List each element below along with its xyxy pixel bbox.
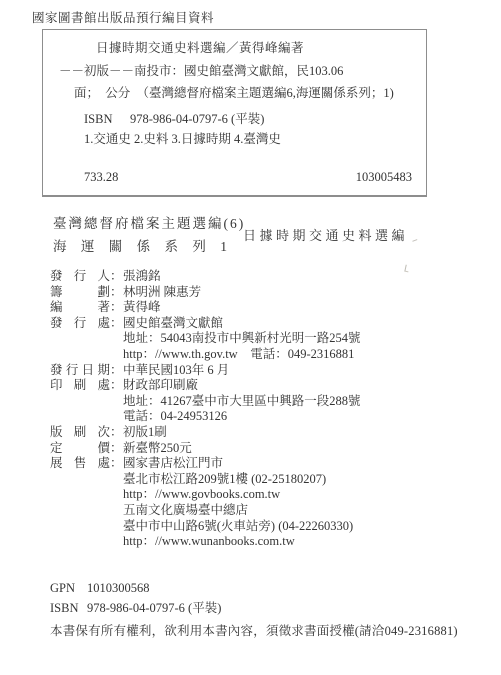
- gpn-label: GPN: [50, 578, 87, 598]
- colophon-label: 版刷次: [50, 425, 110, 441]
- footer-block: GPN1010300568 ISBN978-986-04-0797-6 (平裝)…: [50, 578, 501, 641]
- gpn-value: 1010300568: [87, 581, 150, 595]
- isbn-value: 978-986-04-0797-6 (平裝): [87, 601, 221, 615]
- series-title-block: 臺灣總督府檔案主題選編(6) 海運關係系列1 日據時期交通史料選編: [53, 213, 501, 259]
- retail-address-1: 臺北市松江路209號1樓 (02-25180207): [123, 472, 501, 488]
- colophon-label: 展售處: [50, 456, 110, 472]
- cip-edition-line: －－初版－－南投市：國史館臺灣文獻館，民103.06: [59, 63, 426, 79]
- publisher-address: 地址：54043南投市中興新村光明一路254號: [123, 331, 501, 347]
- colophon-label: 印刷處: [50, 378, 110, 394]
- gpn-line: GPN1010300568: [50, 578, 501, 598]
- rights-statement: 本書保有所有權利，欲利用本書內容，須徵求書面授權(請洽049-2316881): [50, 621, 501, 641]
- colophon-page: 國家圖書館出版品預行編目資料 日據時期交通史料選編／黃得峰編著 －－初版－－南投…: [0, 0, 501, 675]
- colophon-value: 國史館臺灣文獻館: [123, 316, 223, 332]
- isbn-line: ISBN978-986-04-0797-6 (平裝): [50, 598, 501, 618]
- colophon-label: 編著: [50, 300, 110, 316]
- colophon-row-price: 定價：新臺幣250元: [50, 441, 501, 457]
- publisher-url-phone: http：//www.th.gov.tw 電話：049-2316881: [123, 347, 501, 363]
- series-subseries: 海運關係系列1: [53, 235, 227, 259]
- colophon-row-author: 編著：黃得峰: [50, 300, 501, 316]
- colophon-value: 張鴻銘: [123, 269, 161, 285]
- colophon-row-retail: 展售處：國家書店松江門市: [50, 456, 501, 472]
- colophon-row-edition: 版刷次：初版1刷: [50, 425, 501, 441]
- colophon-value: 初版1刷: [123, 425, 167, 441]
- retail-address-2: 臺中市中山路6號(火車站旁) (04-22260330): [123, 519, 501, 535]
- colophon-value: 黃得峰: [123, 300, 161, 316]
- colon: ：: [110, 378, 123, 394]
- printer-phone: 電話：04-24953126: [123, 409, 501, 425]
- colophon-list: 發行人：張鴻銘 籌劃：林明洲 陳惠芳 編著：黃得峰 發行處：國史館臺灣文獻館 地…: [50, 269, 501, 550]
- isbn-label: ISBN: [50, 598, 87, 618]
- colophon-value: 國家書店松江門市: [123, 456, 223, 472]
- colophon-value: 新臺幣250元: [123, 441, 192, 457]
- cip-record-number: 103005483: [356, 169, 412, 185]
- cip-title-line: 日據時期交通史料選編／黃得峰編著: [96, 40, 426, 56]
- colophon-value: 財政部印刷廠: [123, 378, 198, 394]
- printer-address: 地址：41267臺中市大里區中興路一段288號: [123, 394, 501, 410]
- retail-url-1: http：//www.govbooks.com.tw: [123, 487, 501, 503]
- colophon-label: 發行日期: [50, 363, 110, 379]
- colophon-row-planners: 籌劃：林明洲 陳惠芳: [50, 285, 501, 301]
- colophon-label: 定價: [50, 441, 110, 457]
- book-title: 日據時期交通史料選編: [243, 225, 408, 244]
- retail-url-2: http：//www.wunanbooks.com.tw: [123, 534, 501, 550]
- colon: ：: [110, 456, 123, 472]
- cip-header: 國家圖書館出版品預行編目資料: [32, 8, 501, 26]
- colophon-row-printer: 印刷處：財政部印刷廠: [50, 378, 501, 394]
- colophon-value: 林明洲 陳惠芳: [123, 285, 201, 301]
- cip-subjects-line: 1.交通史 2.史料 3.日據時期 4.臺灣史: [84, 131, 426, 147]
- colon: ：: [110, 300, 123, 316]
- colophon-value: 中華民國103年 6 月: [123, 363, 229, 379]
- cip-isbn-line: ISBN978-986-04-0797-6 (平裝): [84, 111, 426, 127]
- colophon-row-publisher-person: 發行人：張鴻銘: [50, 269, 501, 285]
- colophon-label: 發行人: [50, 269, 110, 285]
- colon: ：: [110, 285, 123, 301]
- cip-class-number: 733.28: [84, 169, 118, 185]
- colophon-label: 發行處: [50, 316, 110, 332]
- cip-bottom-row: 733.28 103005483: [84, 169, 412, 185]
- colon: ：: [110, 316, 123, 332]
- cip-isbn-value: 978-986-04-0797-6 (平裝): [130, 112, 264, 126]
- colon: ：: [110, 363, 123, 379]
- colon: ：: [110, 441, 123, 457]
- colophon-row-publisher-org: 發行處：國史館臺灣文獻館: [50, 316, 501, 332]
- colon: ：: [110, 425, 123, 441]
- colon: ：: [110, 269, 123, 285]
- cip-format-line: 面； 公分 （臺灣總督府檔案主題選編6,海運關係系列；1): [74, 85, 426, 101]
- cip-isbn-label: ISBN: [84, 111, 130, 127]
- colophon-label: 籌劃: [50, 285, 110, 301]
- cip-box: 日據時期交通史料選編／黃得峰編著 －－初版－－南投市：國史館臺灣文獻館，民103…: [42, 29, 427, 197]
- colophon-row-publish-date: 發行日期：中華民國103年 6 月: [50, 363, 501, 379]
- retail-store-2: 五南文化廣場臺中總店: [123, 503, 501, 519]
